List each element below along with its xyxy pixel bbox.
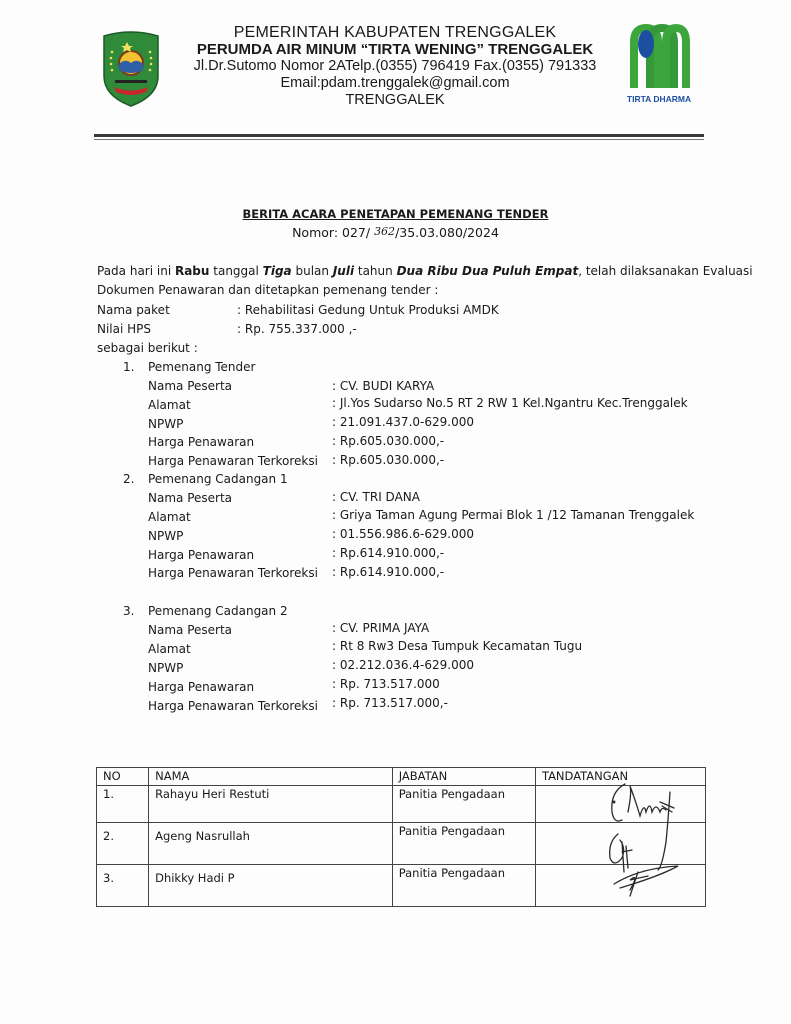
winner-3-title: Pemenang Cadangan 2 [148, 604, 288, 618]
winner-1-harga-terkoreksi: : Rp.605.030.000,- [332, 453, 444, 467]
document-page: PEMERINTAH KABUPATEN TRENGGALEK PERUMDA … [0, 0, 791, 1024]
winner-1-harga-terkoreksi-label: Harga Penawaran Terkoreksi [148, 454, 318, 468]
winner-2-harga: : Rp.614.910.000,- [332, 546, 444, 560]
winner-3-harga-label: Harga Penawaran [148, 680, 254, 694]
winner-1-title: Pemenang Tender [148, 360, 255, 374]
winner-2-nama-label: Nama Peserta [148, 491, 232, 505]
letterhead-divider [94, 134, 704, 137]
winner-2-harga-terkoreksi-label: Harga Penawaran Terkoreksi [148, 566, 318, 580]
winner-3-harga-terkoreksi: : Rp. 713.517.000,- [332, 696, 448, 710]
hps-label: Nilai HPS [97, 322, 151, 336]
winner-2-alamat: : Griya Taman Agung Permai Blok 1 /12 Ta… [332, 508, 694, 522]
winner-2-npwp-label: NPWP [148, 529, 183, 543]
sebagai-text: sebagai berikut : [97, 341, 198, 355]
winner-2-alamat-label: Alamat [148, 510, 191, 524]
handwritten-number: 362 [374, 225, 395, 238]
winner-2-harga-terkoreksi: : Rp.614.910.000,- [332, 565, 444, 579]
winner-2-number: 2. [123, 472, 134, 486]
winner-3-number: 3. [123, 604, 134, 618]
winner-2-harga-label: Harga Penawaran [148, 548, 254, 562]
winner-3-alamat: : Rt 8 Rw3 Desa Tumpuk Kecamatan Tugu [332, 639, 582, 653]
paket-value: : Rehabilitasi Gedung Untuk Produksi AMD… [237, 303, 499, 317]
letterhead-company: PERUMDA AIR MINUM “TIRTA WENING” TRENGGA… [170, 41, 620, 58]
winner-1-number: 1. [123, 360, 134, 374]
row-nama: Dhikky Hadi P [149, 865, 393, 907]
winner-1-nama: : CV. BUDI KARYA [332, 379, 434, 393]
paket-label: Nama paket [97, 303, 170, 317]
letterhead-email: Email:pdam.trenggalek@gmail.com [170, 75, 620, 92]
row-no: 1. [97, 786, 149, 823]
intro-paragraph-line2: Dokumen Penawaran dan ditetapkan pemenan… [97, 283, 438, 297]
kabupaten-trenggalek-emblem-icon [100, 30, 162, 108]
row-nama: Rahayu Heri Restuti [149, 786, 393, 823]
winner-1-alamat-label: Alamat [148, 398, 191, 412]
document-title: BERITA ACARA PENETAPAN PEMENANG TENDER [0, 207, 791, 221]
winner-3-npwp: : 02.212.036.4-629.000 [332, 658, 474, 672]
letterhead-divider-thin [94, 139, 704, 140]
winner-1-npwp-label: NPWP [148, 417, 183, 431]
winner-3-harga: : Rp. 713.517.000 [332, 677, 440, 691]
row-no: 2. [97, 823, 149, 865]
letterhead-government: PEMERINTAH KABUPATEN TRENGGALEK [170, 24, 620, 41]
row-jabatan: Panitia Pengadaan [392, 823, 535, 865]
row-jabatan: Panitia Pengadaan [392, 786, 535, 823]
winner-3-harga-terkoreksi-label: Harga Penawaran Terkoreksi [148, 699, 318, 713]
winner-2-title: Pemenang Cadangan 1 [148, 472, 288, 486]
winner-3-nama: : CV. PRIMA JAYA [332, 621, 429, 635]
intro-paragraph: Pada hari ini Rabu tanggal Tiga bulan Ju… [97, 264, 753, 278]
hps-value: : Rp. 755.337.000 ,- [237, 322, 357, 336]
tirta-dharma-logo-icon: TIRTA DHARMA [626, 24, 692, 106]
letterhead-city: TRENGGALEK [170, 92, 620, 109]
header-no: NO [97, 768, 149, 786]
letterhead: PEMERINTAH KABUPATEN TRENGGALEK PERUMDA … [170, 24, 620, 109]
winner-1-harga-label: Harga Penawaran [148, 435, 254, 449]
winner-1-alamat: : Jl.Yos Sudarso No.5 RT 2 RW 1 Kel.Ngan… [332, 396, 688, 410]
row-nama: Ageng Nasrullah [149, 823, 393, 865]
handwritten-signature-icon [600, 772, 700, 897]
header-nama: NAMA [149, 768, 393, 786]
row-no: 3. [97, 865, 149, 907]
row-jabatan: Panitia Pengadaan [392, 865, 535, 907]
winner-2-nama: : CV. TRI DANA [332, 490, 420, 504]
letterhead-address: Jl.Dr.Sutomo Nomor 2ATelp.(0355) 796419 … [170, 58, 620, 75]
winner-3-alamat-label: Alamat [148, 642, 191, 656]
winner-1-nama-label: Nama Peserta [148, 379, 232, 393]
winner-2-npwp: : 01.556.986.6-629.000 [332, 527, 474, 541]
winner-3-npwp-label: NPWP [148, 661, 183, 675]
document-number: Nomor: 027/ 362/35.03.080/2024 [0, 225, 791, 240]
winner-3-nama-label: Nama Peserta [148, 623, 232, 637]
header-jabatan: JABATAN [392, 768, 535, 786]
svg-text:TIRTA DHARMA: TIRTA DHARMA [627, 94, 691, 104]
winner-1-harga: : Rp.605.030.000,- [332, 434, 444, 448]
winner-1-npwp: : 21.091.437.0-629.000 [332, 415, 474, 429]
